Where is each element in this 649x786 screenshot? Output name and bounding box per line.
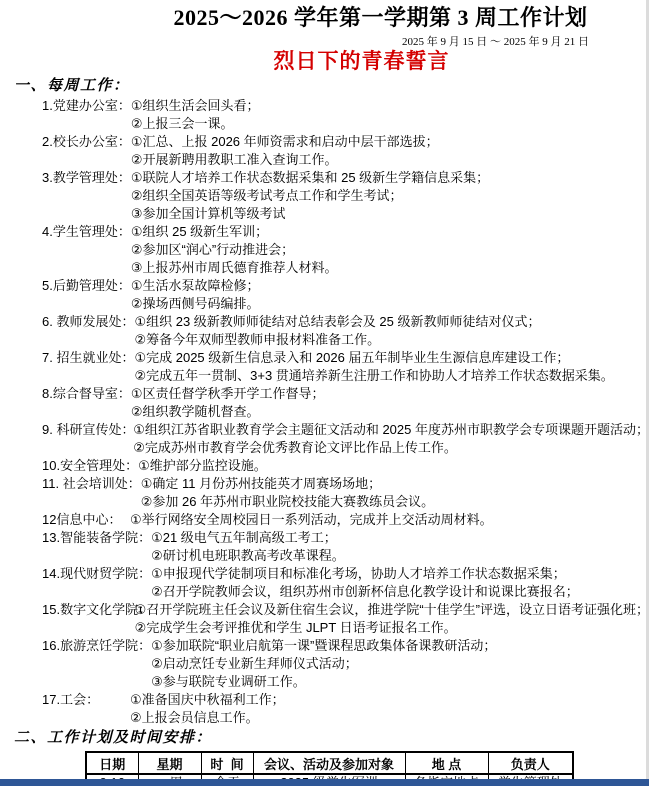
- weekly-work-list: 1.党建办公室：①组织生活会回头看；②上报三会一课。2.校长办公室：①汇总、上报…: [0, 97, 649, 727]
- col-header-weekday: 星期: [138, 752, 201, 774]
- department-row: 9. 科研宣传处：①组织江苏省职业教育学会主题征文活动和 2025 年度苏州市职…: [0, 421, 649, 457]
- work-item: ①确定 11 月份苏州技能英才周赛场场地；: [141, 475, 434, 493]
- work-item: ①组织 23 级新教师师徒结对总结表彰会及 25 级新教师师徒结对仪式；: [134, 313, 540, 331]
- work-item: ①申报现代学徒制项目和标准化考场，协助人才培养工作状态数据采集；: [151, 565, 579, 583]
- work-item: ①组织生活会回头看；: [131, 97, 260, 115]
- work-item: ②开展新聘用教职工准入查询工作。: [131, 151, 439, 169]
- work-item: ②完成学生会考评推优和学生 JLPT 日语考证报名工作。: [135, 619, 649, 637]
- department-items: ①准备国庆中秋福利工作；②上报会员信息工作。: [130, 691, 285, 727]
- department-items: ①召开学院班主任会议及新住宿生会议，推进学院“十佳学生”评选，设立日语考证强化班…: [135, 601, 649, 637]
- col-header-date: 日期: [86, 752, 138, 774]
- department-label: 16.旅游烹饪学院：: [42, 637, 151, 691]
- section-2-heading: 二、工作计划及时间安排：: [0, 727, 649, 749]
- work-item: ①完成 2025 级新生信息录入和 2026 届五年制毕业生生源信息库建设工作；: [134, 349, 613, 367]
- work-item: ②完成五年一贯制、3+3 贯通培养新生注册工作和协助人才培养工作状态数据采集。: [134, 367, 613, 385]
- department-label: 2.校长办公室：: [42, 133, 131, 169]
- department-row: 16.旅游烹饪学院：①参加联院“职业启航第一课”暨课程思政集体备课教研活动；②启…: [0, 637, 649, 691]
- department-row: 11. 社会培训处：①确定 11 月份苏州技能英才周赛场场地；②参加 26 年苏…: [0, 475, 649, 511]
- department-items: ①举行网络安全周校园日一系列活动，完成并上交活动周材料。: [130, 511, 493, 529]
- document-subtitle: 烈日下的青春誓言: [0, 49, 649, 74]
- department-label: 9. 科研宣传处：: [42, 421, 133, 457]
- department-items: ①组织 25 级新生军训；②参加区“润心”行动推进会；③上报苏州市周氏德育推荐人…: [131, 223, 338, 277]
- section-1-heading: 一、每周工作：: [0, 75, 649, 97]
- department-items: ①确定 11 月份苏州技能英才周赛场场地；②参加 26 年苏州市职业院校技能大赛…: [141, 475, 434, 511]
- department-label: 13.智能装备学院：: [42, 529, 151, 565]
- department-label: 14.现代财贸学院：: [42, 565, 151, 601]
- work-item: ①举行网络安全周校园日一系列活动，完成并上交活动周材料。: [130, 511, 493, 529]
- work-item: ②筹备今年双师型教师申报材料准备工作。: [134, 331, 540, 349]
- work-item: ③参与联院专业调研工作。: [151, 673, 496, 691]
- work-item: ①联院人才培养工作状态数据采集和 25 级新生学籍信息采集；: [131, 169, 489, 187]
- department-row: 1.党建办公室：①组织生活会回头看；②上报三会一课。: [0, 97, 649, 133]
- col-header-location: 地 点: [405, 752, 488, 774]
- work-item: ①维护部分监控设施。: [138, 457, 267, 475]
- col-header-responsible: 负责人: [488, 752, 573, 774]
- department-row: 13.智能装备学院：①21 级电气五年制高级工考工；②研讨机电班职教高考改革课程…: [0, 529, 649, 565]
- work-item: ②参加区“润心”行动推进会；: [131, 241, 338, 259]
- department-items: ①组织生活会回头看；②上报三会一课。: [131, 97, 260, 133]
- department-row: 17.工会：①准备国庆中秋福利工作；②上报会员信息工作。: [0, 691, 649, 727]
- department-label: 10.安全管理处：: [42, 457, 138, 475]
- department-label: 3.教学管理处：: [42, 169, 131, 223]
- work-item: ②上报会员信息工作。: [130, 709, 285, 727]
- work-item: ①21 级电气五年制高级工考工；: [151, 529, 345, 547]
- department-items: ①生活水泵故障检修；②操场西侧号码编排。: [131, 277, 260, 313]
- department-row: 8.综合督导室：①区责任督学秋季开学工作督导；②组织教学随机督查。: [0, 385, 649, 421]
- department-label: 6. 教师发展处：: [42, 313, 134, 349]
- department-items: ①组织江苏省职业教育学会主题征文活动和 2025 年度苏州市职教学会专项课题开题…: [133, 421, 649, 457]
- department-row: 4.学生管理处：①组织 25 级新生军训；②参加区“润心”行动推进会；③上报苏州…: [0, 223, 649, 277]
- work-item: ②操场西侧号码编排。: [131, 295, 260, 313]
- department-row: 12信息中心：①举行网络安全周校园日一系列活动，完成并上交活动周材料。: [0, 511, 649, 529]
- work-item: ②召开学院教师会议，组织苏州市创新杯信息化教学设计和说课比赛报名；: [151, 583, 579, 601]
- department-items: ①汇总、上报 2026 年师资需求和启动中层干部选拔；②开展新聘用教职工准入查询…: [131, 133, 439, 169]
- schedule-header-row: 日期 星期 时 间 会议、活动及参加对象 地 点 负责人: [86, 752, 573, 774]
- department-label: 12信息中心：: [42, 511, 130, 529]
- work-item: ①生活水泵故障检修；: [131, 277, 260, 295]
- work-item: ②完成苏州市教育学会优秀教育论文评比作品上传工作。: [133, 439, 649, 457]
- department-row: 3.教学管理处：①联院人才培养工作状态数据采集和 25 级新生学籍信息采集；②组…: [0, 169, 649, 223]
- work-item: ③上报苏州市周氏德育推荐人材料。: [131, 259, 338, 277]
- department-label: 7. 招生就业处：: [42, 349, 134, 385]
- work-item: ②参加 26 年苏州市职业院校技能大赛教练员会议。: [141, 493, 434, 511]
- department-label: 4.学生管理处：: [42, 223, 131, 277]
- department-items: ①申报现代学徒制项目和标准化考场，协助人才培养工作状态数据采集；②召开学院教师会…: [151, 565, 579, 601]
- department-row: 7. 招生就业处：①完成 2025 级新生信息录入和 2026 届五年制毕业生生…: [0, 349, 649, 385]
- work-item: ②启动烹饪专业新生拜师仪式活动；: [151, 655, 496, 673]
- department-label: 8.综合督导室：: [42, 385, 131, 421]
- department-label: 1.党建办公室：: [42, 97, 131, 133]
- department-label: 11. 社会培训处：: [42, 475, 141, 511]
- department-items: ①区责任督学秋季开学工作督导；②组织教学随机督查。: [131, 385, 325, 421]
- department-row: 5.后勤管理处：①生活水泵故障检修；②操场西侧号码编排。: [0, 277, 649, 313]
- work-item: ①组织江苏省职业教育学会主题征文活动和 2025 年度苏州市职教学会专项课题开题…: [133, 421, 649, 439]
- date-range: 2025 年 9 月 15 日 ～ 2025 年 9 月 21 日: [402, 36, 649, 49]
- department-row: 6. 教师发展处：①组织 23 级新教师师徒结对总结表彰会及 25 级新教师师徒…: [0, 313, 649, 349]
- department-row: 2.校长办公室：①汇总、上报 2026 年师资需求和启动中层干部选拔；②开展新聘…: [0, 133, 649, 169]
- work-item: ①准备国庆中秋福利工作；: [130, 691, 285, 709]
- department-items: ①联院人才培养工作状态数据采集和 25 级新生学籍信息采集；②组织全国英语等级考…: [131, 169, 489, 223]
- department-items: ①完成 2025 级新生信息录入和 2026 届五年制毕业生生源信息库建设工作；…: [134, 349, 613, 385]
- department-items: ①21 级电气五年制高级工考工；②研讨机电班职教高考改革课程。: [151, 529, 345, 565]
- work-item: ②组织教学随机督查。: [131, 403, 325, 421]
- document-title: 2025～2026 学年第一学期第 3 周工作计划: [0, 3, 649, 33]
- col-header-time: 时 间: [201, 752, 253, 774]
- department-label: 5.后勤管理处：: [42, 277, 131, 313]
- document-page[interactable]: 2025～2026 学年第一学期第 3 周工作计划 2025 年 9 月 15 …: [0, 0, 649, 786]
- department-row: 14.现代财贸学院：①申报现代学徒制项目和标准化考场，协助人才培养工作状态数据采…: [0, 565, 649, 601]
- department-label: 15.数字文化学院：: [42, 601, 135, 637]
- department-items: ①维护部分监控设施。: [138, 457, 267, 475]
- department-items: ①参加联院“职业启航第一课”暨课程思政集体备课教研活动；②启动烹饪专业新生拜师仪…: [151, 637, 496, 691]
- work-item: ③参加全国计算机等级考试: [131, 205, 489, 223]
- bottom-blue-bar: [0, 779, 649, 786]
- work-item: ②研讨机电班职教高考改革课程。: [151, 547, 345, 565]
- work-item: ①召开学院班主任会议及新住宿生会议，推进学院“十佳学生”评选，设立日语考证强化班…: [135, 601, 649, 619]
- work-item: ②组织全国英语等级考试考点工作和学生考试；: [131, 187, 489, 205]
- work-item: ①汇总、上报 2026 年师资需求和启动中层干部选拔；: [131, 133, 439, 151]
- work-item: ①参加联院“职业启航第一课”暨课程思政集体备课教研活动；: [151, 637, 496, 655]
- department-row: 15.数字文化学院：①召开学院班主任会议及新住宿生会议，推进学院“十佳学生”评选…: [0, 601, 649, 637]
- department-label: 17.工会：: [42, 691, 130, 727]
- work-item: ②上报三会一课。: [131, 115, 260, 133]
- department-row: 10.安全管理处：①维护部分监控设施。: [0, 457, 649, 475]
- work-item: ①区责任督学秋季开学工作督导；: [131, 385, 325, 403]
- department-items: ①组织 23 级新教师师徒结对总结表彰会及 25 级新教师师徒结对仪式；②筹备今…: [134, 313, 540, 349]
- col-header-activity: 会议、活动及参加对象: [253, 752, 405, 774]
- work-item: ①组织 25 级新生军训；: [131, 223, 338, 241]
